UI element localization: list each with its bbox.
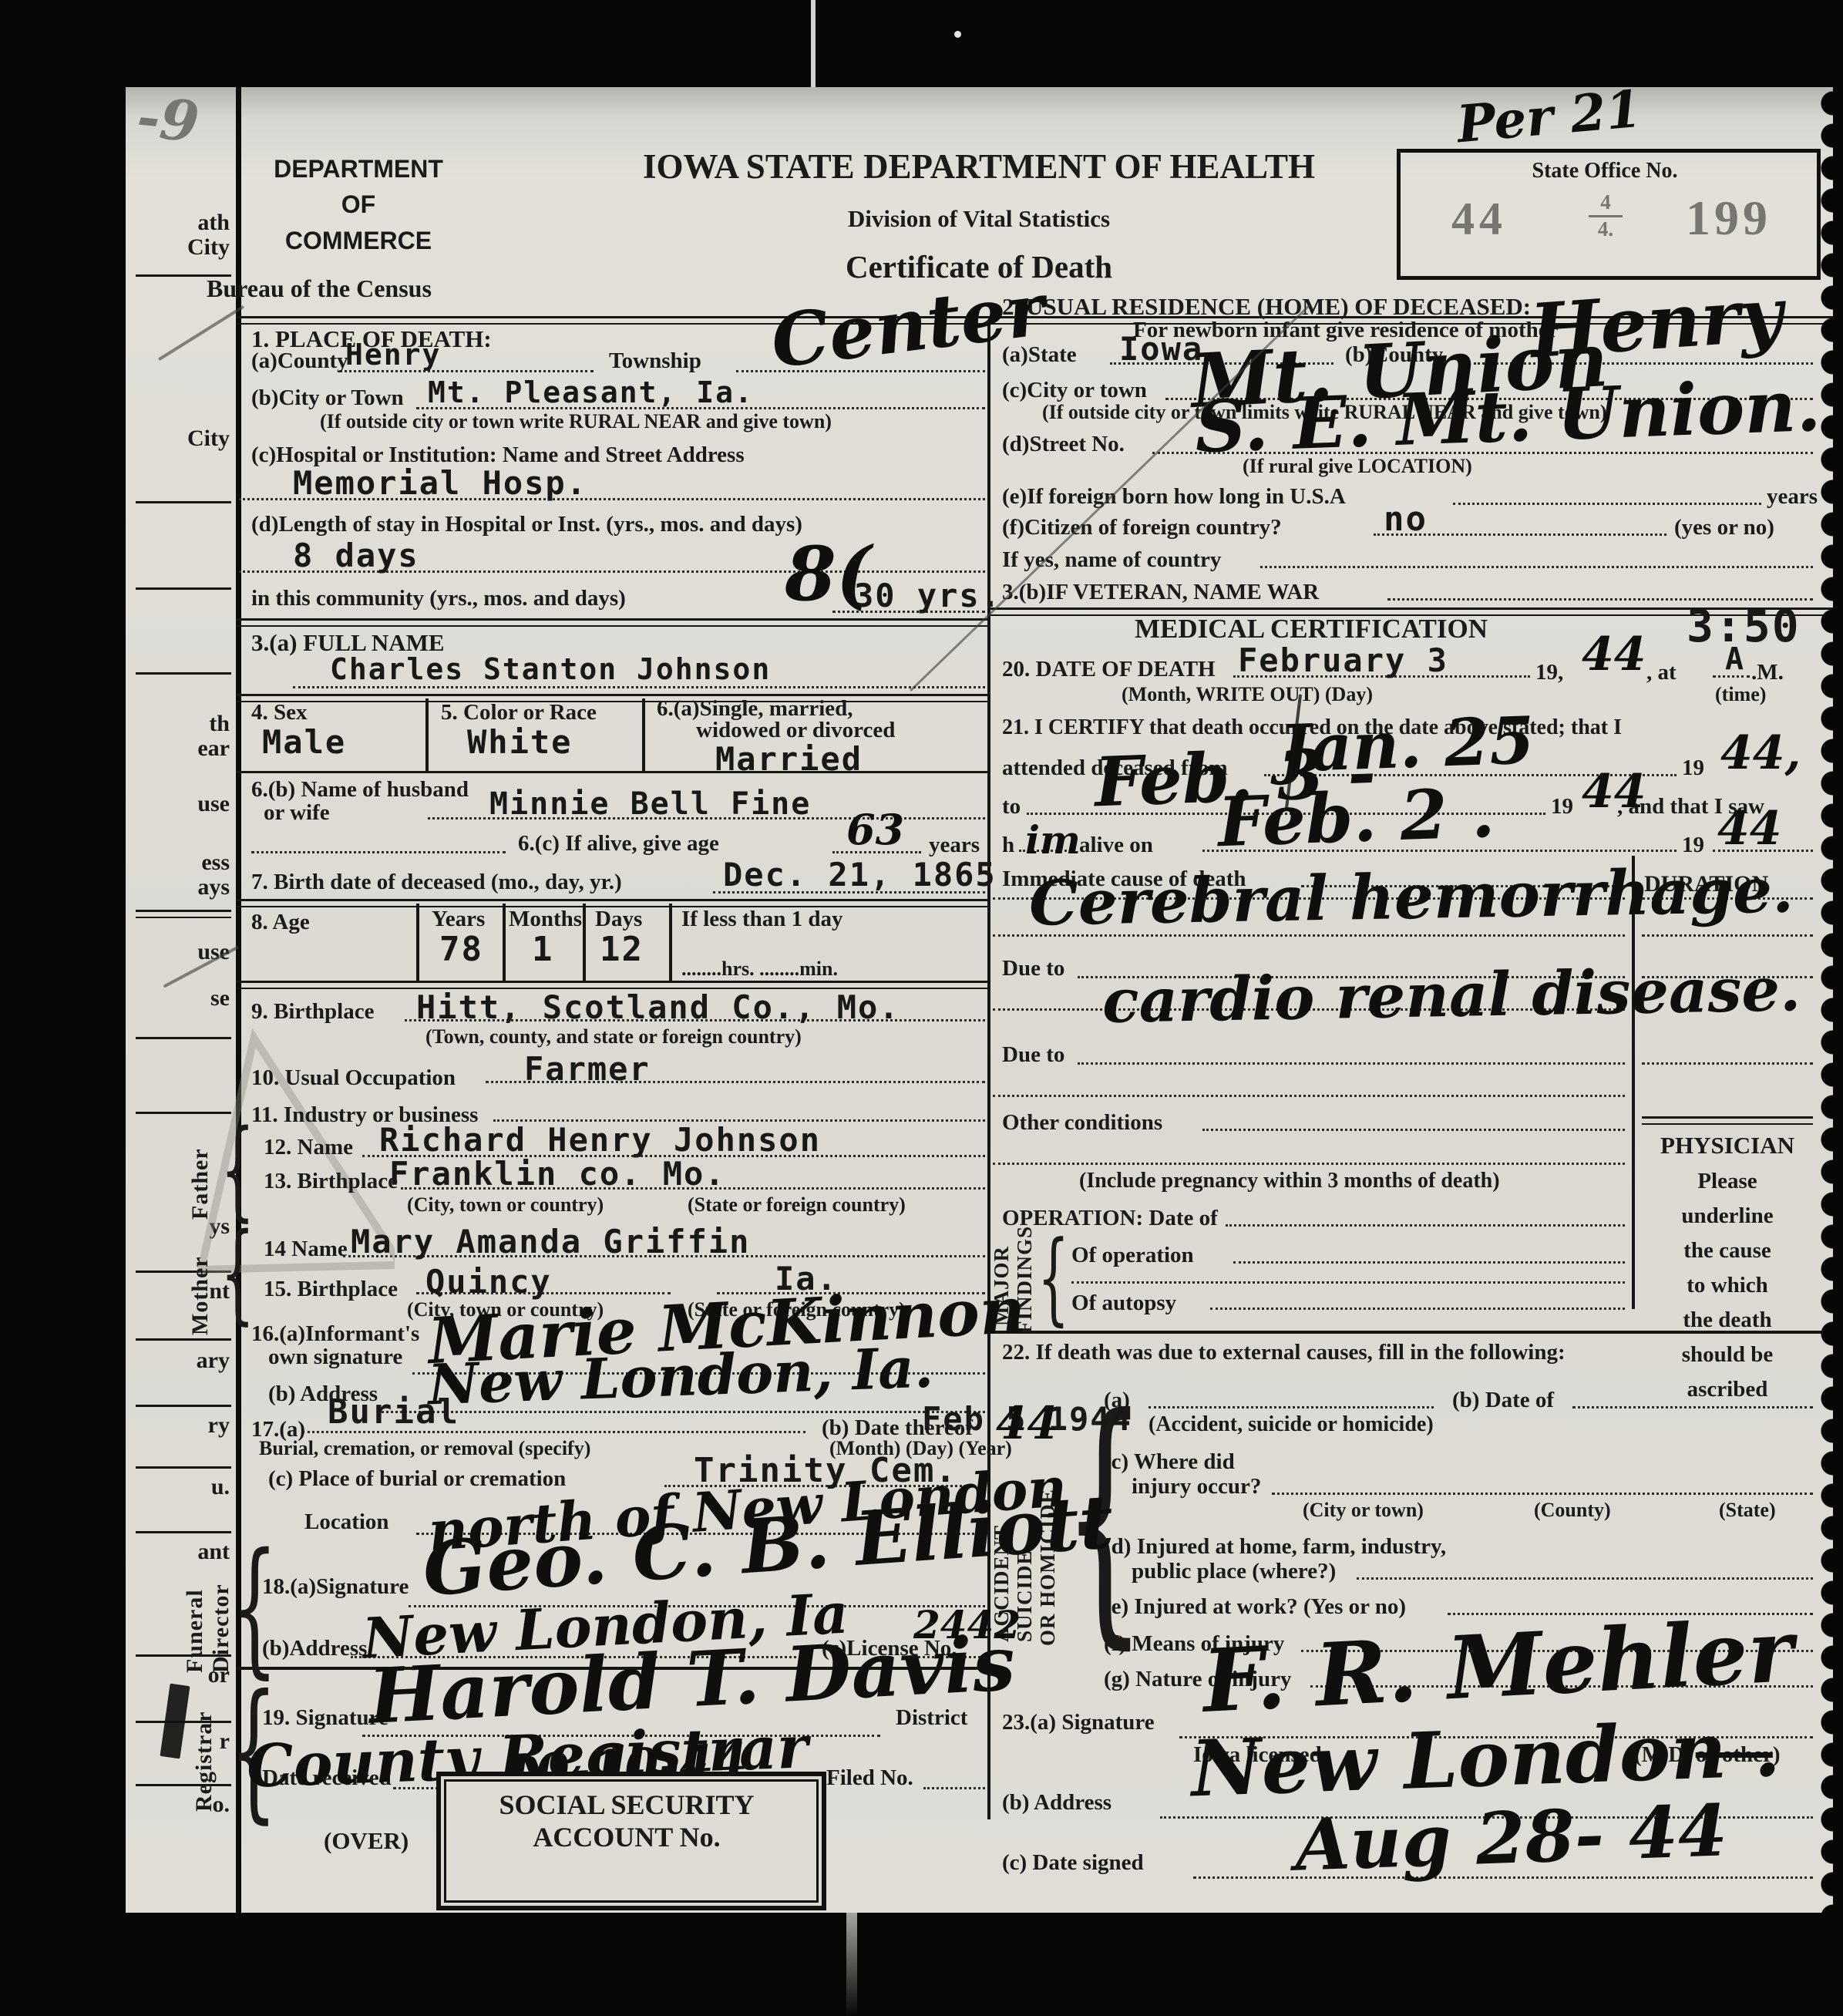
age-col-line-4 <box>669 904 672 981</box>
death-year-19: 19, <box>1535 660 1563 685</box>
operation-line <box>1226 1224 1625 1227</box>
age-col-line-2 <box>503 904 506 981</box>
birthplace-hint: (Town, county, and state or foreign coun… <box>425 1025 802 1048</box>
father-side-label: Father <box>187 1119 214 1220</box>
other-conditions-line <box>1202 1129 1625 1131</box>
township-label: Township <box>609 348 701 374</box>
age-label: 8. Age <box>251 910 310 935</box>
death-ampm-a: A <box>1725 641 1745 677</box>
strip-fragment: se <box>129 985 230 1011</box>
death-time-hint: (time) <box>1715 683 1766 706</box>
funeral-director-side-label-1: Funeral <box>182 1542 208 1673</box>
father-birthplace-label: 13. Birthplace <box>264 1169 398 1194</box>
injury-county-hint: (County) <box>1534 1499 1611 1522</box>
community-hw: 8( <box>785 530 871 618</box>
cause-of-death-value: Cerebral hemorrhage. <box>1028 853 1794 939</box>
accident-b-label: (b) Date of <box>1452 1388 1554 1413</box>
physician-note: PHYSICIAN Please underline the cause to … <box>1639 1127 1816 1407</box>
mother-name-value: Mary Amanda Griffin <box>351 1223 750 1260</box>
stamp-fraction-top: 4 <box>1582 191 1629 214</box>
physician-note-line: Please <box>1639 1164 1816 1199</box>
residence-city-label: (c)City or town <box>1002 378 1147 403</box>
spouse-value: Minnie Bell Fine <box>489 786 811 822</box>
date-of-death-value: February 3 <box>1238 641 1448 679</box>
age-hrs-min-label: ........hrs. ........min. <box>681 958 838 981</box>
physician-note-line: PHYSICIAN <box>1639 1127 1816 1164</box>
attended-year-value: 44, <box>1720 726 1801 780</box>
strip-fragment: u. <box>129 1474 230 1500</box>
informant-label-2: own signature <box>268 1345 402 1370</box>
birth-date-label: 7. Birth date of deceased (mo., day, yr.… <box>251 870 622 895</box>
stamp-fraction-bottom: 4. <box>1582 218 1629 241</box>
duration-physician-rule <box>1642 1116 1813 1125</box>
of-operation-label: Of operation <box>1071 1243 1194 1268</box>
mother-side-label: Mother <box>187 1227 214 1335</box>
city-or-town-value: Mt. Pleasant, Ia. <box>428 375 754 409</box>
alive-year-value: 44 <box>1717 802 1782 856</box>
bureau-of-census: Bureau of the Census <box>207 274 432 303</box>
pregnancy-top-line <box>993 1163 1625 1165</box>
race-label: 5. Color or Race <box>441 700 597 725</box>
injury-city-hint: (City or town) <box>1303 1499 1424 1522</box>
age-days-value: 12 <box>600 930 644 969</box>
community-value: 30 yrs. <box>854 577 1001 614</box>
death-at-label: , at <box>1646 660 1677 685</box>
age-months-value: 1 <box>532 930 554 969</box>
social-security-box: SOCIAL SECURITY ACCOUNT No. <box>436 1772 826 1910</box>
stamp-fraction: 4 4. <box>1582 191 1629 241</box>
burial-specify-hint: Burial, cremation, or removal (specify) <box>259 1437 590 1460</box>
other-conditions-label: Other conditions <box>1002 1110 1162 1136</box>
over-note: (OVER) <box>324 1827 409 1855</box>
him-h-label: h <box>1002 833 1014 858</box>
country-line <box>1260 566 1813 568</box>
burial-place-label: (c) Place of burial or cremation <box>268 1466 566 1492</box>
to-year-19: 19 <box>1551 794 1573 820</box>
cause-line-4 <box>993 1095 1625 1097</box>
death-year-value: 44 <box>1582 628 1646 682</box>
birth-date-value: Dec. 21, 1865 <box>723 856 997 894</box>
physician-note-line: the death <box>1639 1303 1816 1338</box>
strip-fragment: City <box>129 426 230 452</box>
city-or-town-label: (b)City or Town <box>251 385 404 411</box>
section1-bottom-rule <box>236 618 987 627</box>
to-label: to <box>1002 794 1021 820</box>
father-birthplace-value: Franklin co. Mo. <box>389 1155 726 1193</box>
injured-at-label-2: public place (where?) <box>1132 1559 1336 1584</box>
date-signed-label: (c) Date signed <box>1002 1850 1144 1876</box>
agency-title: IOWA STATE DEPARTMENT OF HEALTH <box>509 146 1449 187</box>
strip-fragment: use <box>129 791 230 817</box>
age-col-line-3 <box>583 904 586 981</box>
physician-note-line: to which <box>1639 1268 1816 1303</box>
date-of-death-label: 20. DATE OF DEATH <box>1002 657 1216 682</box>
mother-birthplace-label: 15. Birthplace <box>264 1277 398 1302</box>
mother-brace: { <box>220 1220 255 1328</box>
injured-at-label-1: (d) Injured at home, farm, industry, <box>1104 1534 1446 1560</box>
injured-at-work-label: (e) Injured at work? (Yes or no) <box>1104 1594 1406 1620</box>
alive-year-19: 19 <box>1682 833 1704 858</box>
film-splice-line <box>811 0 816 87</box>
citizen-value: no <box>1384 500 1428 539</box>
dept-line-1: DEPARTMENT <box>247 151 470 187</box>
birthplace-value: Hitt, Scotland Co., Mo. <box>416 988 900 1026</box>
medical-certification-heading: MEDICAL CERTIFICATION <box>987 614 1635 645</box>
agency-subtitle: Division of Vital Statistics <box>509 205 1449 233</box>
accident-a-line <box>1149 1406 1434 1409</box>
full-name-line <box>293 686 985 688</box>
sex-value: Male <box>262 723 346 761</box>
injured-at-line <box>1357 1577 1813 1580</box>
burial-location-label: Location <box>304 1509 389 1535</box>
strip-fragment: th <box>129 711 230 737</box>
filed-no-label: Filed No. <box>826 1765 913 1791</box>
occupation-label: 10. Usual Occupation <box>251 1065 456 1091</box>
physician-address-label: (b) Address <box>1002 1790 1112 1816</box>
injury-where-line <box>1272 1493 1813 1495</box>
age-months-label: Months <box>509 907 582 932</box>
citizen-label: (f)Citizen of foreign country? <box>1002 515 1282 540</box>
county-value: Henry <box>345 338 441 372</box>
pregnancy-hint: (Include pregnancy within 3 months of de… <box>1079 1169 1500 1193</box>
strip-line <box>136 672 231 675</box>
autopsy-mid-line <box>1071 1281 1625 1284</box>
to-year-value: 44 <box>1582 765 1646 819</box>
physician-note-line: should be <box>1639 1338 1816 1372</box>
spouse-age-value: 63 <box>846 805 904 854</box>
duration-dot-4 <box>1642 1062 1813 1065</box>
strip-line <box>136 501 231 503</box>
spouse-age-suffix: years <box>929 833 980 858</box>
physician-note-line: the cause <box>1639 1233 1816 1268</box>
county-label: (a)County <box>251 348 348 374</box>
spouse-age-leader <box>251 851 506 853</box>
social-security-title: SOCIAL SECURITY ACCOUNT No. <box>441 1789 812 1853</box>
sex-label: 4. Sex <box>251 700 308 725</box>
age-years-value: 78 <box>439 930 483 969</box>
him-value: im <box>1025 817 1081 863</box>
strip-fragment: ays <box>129 874 230 900</box>
marital-bottom-rule <box>236 771 987 773</box>
spouse-label-2: or wife <box>264 800 330 826</box>
strip-pencil-number: -9 <box>134 83 202 155</box>
due-to-2-value: cardio renal disease. <box>1101 954 1801 1037</box>
alive-on-value: Feb. 2 . <box>1216 772 1495 862</box>
state-office-no-box: State Office No. 44 4 4. 199 <box>1397 149 1821 280</box>
stamp-number-right: 199 <box>1686 190 1771 247</box>
father-brace: { <box>220 1116 255 1224</box>
dept-of-commerce: DEPARTMENT OF COMMERCE <box>247 151 470 258</box>
strip-line <box>136 1405 231 1407</box>
physician-note-line: underline <box>1639 1199 1816 1233</box>
death-ampm-label: .M. <box>1751 660 1784 685</box>
injury-state-hint: (State) <box>1719 1499 1776 1522</box>
usual-residence-heading: 2. USUAL RESIDENCE (HOME) OF DECEASED: <box>1002 293 1531 321</box>
stamp-number-left: 44 <box>1451 193 1507 246</box>
stay-value: 8 days <box>293 537 419 574</box>
full-name-value: Charles Stanton Johnson <box>330 652 771 686</box>
foreign-born-label: (e)If foreign born how long in U.S.A <box>1002 484 1346 510</box>
community-label: in this community (yrs., mos. and days) <box>251 586 626 611</box>
age-years-label: Years <box>432 907 485 932</box>
foreign-born-suffix: years <box>1767 484 1818 510</box>
father-name-value: Richard Henry Johnson <box>379 1121 821 1159</box>
full-name-rule <box>236 694 987 702</box>
due-to-2-line <box>1078 1062 1625 1065</box>
state-office-no-label: State Office No. <box>1401 159 1809 183</box>
of-autopsy-label: Of autopsy <box>1071 1291 1176 1316</box>
due-to-2-label: Due to <box>1002 1042 1064 1068</box>
death-date-hint: (Month, WRITE OUT) (Day) <box>1122 683 1373 706</box>
strip-line <box>136 1338 231 1341</box>
mother-birthplace-city: Quincy <box>425 1263 552 1301</box>
film-dust-dot <box>954 31 961 38</box>
strip-line <box>136 910 231 918</box>
duration-dot-2 <box>1642 934 1813 937</box>
race-value: White <box>467 723 572 761</box>
spouse-label-1: 6.(b) Name of husband <box>251 777 469 803</box>
stay-label: (d)Length of stay in Hospital or Inst. (… <box>251 512 802 537</box>
film-bottom-streak <box>846 1913 857 2016</box>
strip-fragment: ess <box>129 850 230 876</box>
dept-line-2: OF <box>247 187 470 222</box>
funeral-signature-label: 18.(a)Signature <box>262 1574 409 1600</box>
strip-line <box>136 587 231 590</box>
veteran-label: 3.(b)IF VETERAN, NAME WAR <box>1002 580 1319 605</box>
date-signed-value: Aug 28- 44 <box>1293 1789 1728 1887</box>
father-bp-hint-1: (City, town or country) <box>407 1193 604 1217</box>
film-scan-stage: -9 ath City City th ear use ess ays use … <box>0 0 1843 2016</box>
father-bp-hint-2: (State or foreign country) <box>688 1193 906 1217</box>
injury-where-label-1: (c) Where did <box>1104 1449 1235 1475</box>
foreign-born-line <box>1453 503 1761 505</box>
mother-name-label: 14 Name <box>264 1237 348 1262</box>
age-days-label: Days <box>595 907 642 932</box>
of-operation-line <box>1233 1261 1625 1264</box>
race-marital-divider <box>642 698 645 771</box>
sex-race-divider <box>425 698 429 771</box>
attended-year-19: 19 <box>1682 756 1704 781</box>
strip-line <box>136 1466 231 1469</box>
strip-fragment: ary <box>129 1348 230 1374</box>
city-hint: (If outside city or town write RURAL NEA… <box>320 410 832 433</box>
dept-line-3: COMMERCE <box>247 223 470 258</box>
age-col-line-1 <box>416 904 419 981</box>
strip-fragment: ry <box>129 1412 230 1439</box>
citizen-suffix: (yes or no) <box>1674 515 1774 540</box>
accident-overlap-44: 44 <box>996 1397 1058 1449</box>
injury-where-label-2: injury occur? <box>1132 1474 1261 1499</box>
filed-no-line <box>923 1787 985 1789</box>
physician-note-line: ascribed <box>1639 1372 1816 1407</box>
strip-line <box>136 1531 231 1533</box>
funeral-director-side-label-2: Director <box>208 1542 234 1673</box>
film-scallop-edge <box>1813 87 1833 1913</box>
strip-fragment: City <box>129 234 230 261</box>
major-findings-brace: { <box>1038 1227 1069 1328</box>
strip-fragment: ear <box>129 735 230 762</box>
informant-label-1: 16.(a)Informant's <box>251 1321 419 1347</box>
physician-signature-label: 23.(a) Signature <box>1002 1710 1155 1735</box>
accident-a-hint: (Accident, suicide or homicide) <box>1149 1412 1434 1437</box>
spouse-age-label: 6.(c) If alive, give age <box>518 831 719 857</box>
marital-value: Married <box>715 740 863 778</box>
father-name-label: 12. Name <box>264 1135 353 1160</box>
hospital-value: Memorial Hosp. <box>293 464 587 502</box>
age-less-label: If less than 1 day <box>681 907 843 932</box>
due-to-1-label: Due to <box>1002 956 1064 981</box>
registrar-side-label: Registrar <box>191 1688 217 1812</box>
funeral-address-label: (b)Address <box>262 1636 367 1661</box>
of-autopsy-line <box>1210 1308 1625 1310</box>
street-no-label: (d)Street No. <box>1002 432 1125 457</box>
birthplace-label: 9. Birthplace <box>251 999 375 1025</box>
alive-on-label: alive on <box>1079 833 1153 858</box>
occupation-value: Farmer <box>524 1050 651 1088</box>
strip-fragment: ath <box>129 210 230 236</box>
